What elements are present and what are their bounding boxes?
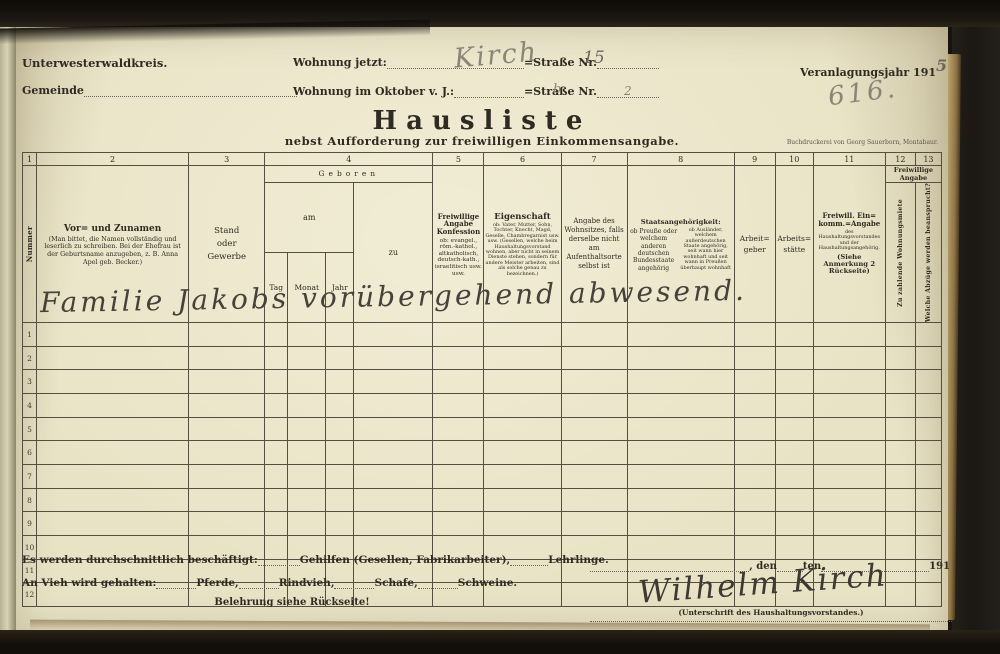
stand-label: Stand oder Gewerbe — [190, 225, 263, 264]
gemeinde-row: Gemeinde — [22, 84, 297, 97]
wohnung-oktober-row: Wohnung im Oktober v. J.: =Straße Nr. — [293, 85, 659, 98]
geboren-label: Geboren — [266, 170, 431, 178]
street-now-number-handwriting: 15 — [583, 48, 605, 68]
district-label: Unterwesterwaldkreis. — [22, 56, 167, 70]
col-number: 2 — [37, 153, 189, 166]
table-row: 5 — [23, 417, 942, 441]
zu-label: zu — [355, 249, 431, 257]
row-number: 7 — [23, 465, 37, 489]
table-row: 6 — [23, 441, 942, 465]
employed-label: Es werden durchschnittlich beschäftigt: — [22, 554, 258, 566]
row-number: 8 — [23, 488, 37, 512]
am-label: am — [266, 214, 352, 222]
table-row: 9 — [23, 512, 942, 536]
wohnsitz-label: Angabe des Wohnsitzes, falls derselbe ni… — [563, 217, 626, 271]
footer-line-1: Es werden durchschnittlich beschäftigt: … — [22, 554, 609, 566]
konfession-title: Freiwillige Angabe Konfession — [434, 213, 482, 236]
hausliste-table: 1 2 3 4 5 6 7 8 9 10 11 12 13 Nummer — [22, 152, 942, 607]
row-number: 4 — [23, 394, 37, 418]
staat-left-note: ob Preuße oder welchem anderen deutschen… — [629, 228, 679, 272]
row-number: 3 — [23, 370, 37, 394]
abzuege-vertical-label: Welche Abzüge werden beansprucht? — [925, 183, 932, 322]
vieh-blank-2 — [239, 577, 279, 589]
column-number-row: 1 2 3 4 5 6 7 8 9 10 11 12 13 — [23, 153, 942, 166]
document-page: Unterwesterwaldkreis. Gemeinde Wohnung j… — [16, 26, 948, 632]
staat-right-note: ob Ausländer, welchem außerdeutschen Sta… — [679, 228, 733, 272]
header-geboren: Geboren — [265, 166, 433, 183]
col-number: 11 — [813, 153, 885, 166]
header-am: am — [265, 183, 354, 253]
table-row: 8 — [23, 488, 942, 512]
wohnung-jetzt-label: Wohnung jetzt: — [293, 56, 387, 69]
col-number: 5 — [433, 153, 484, 166]
strasse-nr-blank-1 — [597, 57, 659, 69]
header-einkommen: Freiwill. Ein= komm.=Angabe des Haushalt… — [813, 166, 885, 323]
nummer-vertical-label: Nummer — [26, 226, 33, 262]
footer-line-2: An Vieh wird gehalten: Pferde, Rindvieh,… — [22, 577, 517, 589]
col-number: 8 — [627, 153, 734, 166]
header-nummer: Nummer — [23, 166, 37, 323]
gehilfen-label: Gehilfen (Gesellen, Fabrikarbeiter), — [300, 554, 510, 566]
signature-caption: (Unterschrift des Haushaltungsvorstandes… — [590, 608, 952, 617]
header-freiwillige-angabe: Freiwillige Angabe — [885, 166, 941, 183]
col-number: 4 — [265, 153, 433, 166]
gemeinde-blank-line — [84, 85, 297, 97]
schweine-label: Schweine. — [458, 577, 517, 589]
schafe-label: Schafe, — [374, 577, 417, 589]
table-row: 4 — [23, 394, 942, 418]
row-number: 1 — [23, 323, 37, 347]
row-number: 2 — [23, 346, 37, 370]
table-row: 1 — [23, 323, 942, 347]
names-title: Vor= und Zunamen — [38, 224, 187, 234]
konfession-note: ob: evangel., röm.-kathol., altkatholisc… — [434, 238, 482, 278]
vieh-blank-3 — [334, 577, 374, 589]
pferde-label: Pferde, — [196, 577, 238, 589]
col-number: 9 — [734, 153, 775, 166]
header-abzuege: Welche Abzüge werden beansprucht? — [915, 183, 941, 323]
rindvieh-label: Rindvieh, — [279, 577, 335, 589]
eigenschaft-note: ob: Vater, Mutter, Sohn, Tochter, Knecht… — [485, 223, 559, 277]
photo-stage: Unterwesterwaldkreis. Gemeinde Wohnung j… — [0, 0, 1000, 654]
arbeitsstaette-label: Arbeits= stätte — [777, 233, 812, 255]
miete-vertical-label: Zu zahlende Wohnungsmiete — [897, 199, 904, 307]
einkommen-ref: (Siehe Anmerkung 2 Rückseite) — [815, 254, 884, 276]
gemeinde-label: Gemeinde — [22, 84, 84, 97]
row-number: 5 — [23, 417, 37, 441]
wohnung-oktober-blank-line — [454, 86, 524, 98]
col-number: 12 — [885, 153, 915, 166]
employed-blank-1 — [258, 554, 300, 566]
table-row: 2 — [23, 346, 942, 370]
staat-title: Staatsangehörigkeit: — [629, 217, 733, 227]
eigenschaft-title: Eigenschaft — [485, 212, 559, 222]
col-number: 1 — [23, 153, 37, 166]
year-label: 191 — [929, 561, 950, 572]
header-arbeitsstaette: Arbeits= stätte — [775, 166, 813, 323]
vieh-label: An Vieh wird gehalten: — [22, 577, 156, 589]
belehrung-note: Belehrung siehe Rückseite! — [22, 597, 562, 608]
header-miete: Zu zahlende Wohnungsmiete — [885, 183, 915, 323]
row-number: 6 — [23, 441, 37, 465]
vieh-blank-1 — [156, 577, 196, 589]
col-number: 10 — [775, 153, 813, 166]
col-number: 6 — [484, 153, 561, 166]
col-number: 7 — [561, 153, 627, 166]
year-digit-handwriting: 5 — [936, 56, 947, 75]
einkommen-note: des Haushaltungsvorstandes und der Haush… — [815, 230, 884, 252]
table-row: 7 — [23, 465, 942, 489]
street-prev-number-handwriting: 2 — [624, 84, 632, 98]
employed-blank-2 — [510, 554, 548, 566]
printer-note: Buchdruckerei von Georg Sauerborn, Monta… — [706, 139, 938, 146]
book-edge-bottom — [0, 630, 1000, 654]
col-number: 3 — [189, 153, 265, 166]
names-note: (Man bittet, die Namen vollständig und l… — [38, 236, 187, 266]
book-edge-top — [0, 0, 1000, 27]
row-number: 9 — [23, 512, 37, 536]
table-row: 3 — [23, 370, 942, 394]
freiwillige-angabe-label: Freiwillige Angabe — [887, 166, 940, 182]
street-prev-mark-handwriting: b — [553, 82, 561, 97]
einkommen-title: Freiwill. Ein= komm.=Angabe — [815, 212, 884, 228]
vieh-blank-4 — [418, 577, 458, 589]
col-number: 13 — [915, 153, 941, 166]
form-title: Hausliste — [16, 106, 948, 136]
wohnung-oktober-label: Wohnung im Oktober v. J.: — [293, 85, 454, 98]
arbeitgeber-label: Arbeit= geber — [736, 233, 774, 255]
